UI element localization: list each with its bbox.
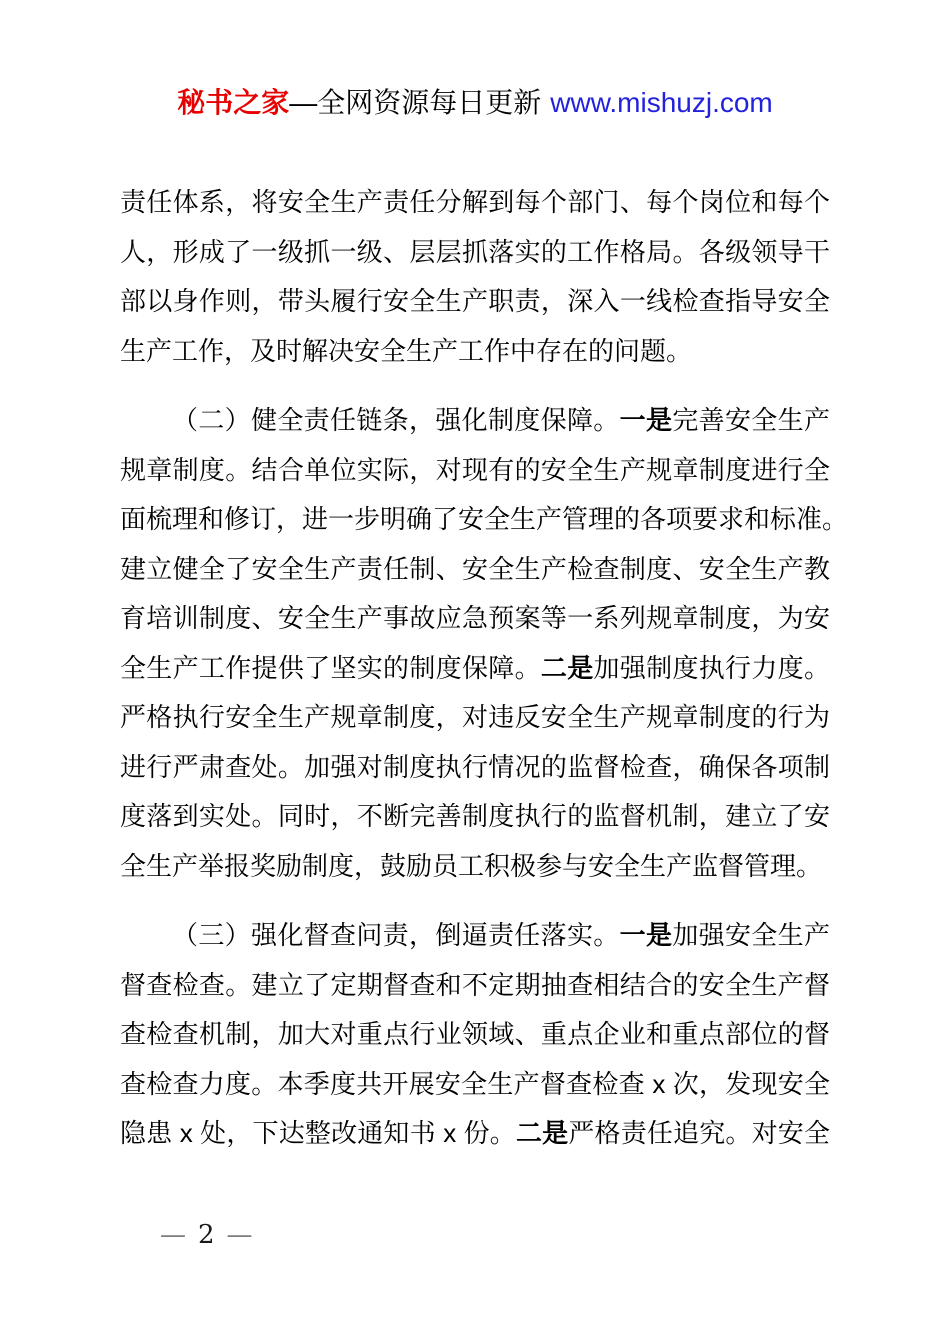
paragraph: （二）健全责任链条，强化制度保障。一是完善安全生产规章制度。结合单位实际，对现有… <box>120 396 830 891</box>
page-header: 秘书之家—全网资源每日更新www.mishuzj.com <box>0 84 950 122</box>
text-line: 查检查机制，加大对重点行业领域、重点企业和重点部位的督 <box>120 1010 830 1060</box>
body-text: 查检查力度。本季度共开展安全生产督查检查 x 次，发现安全 <box>120 1069 830 1099</box>
text-line: 育培训制度、安全生产事故应急预案等一系列规章制度，为安 <box>120 594 830 644</box>
body-text: 加强制度执行力度。 <box>594 653 830 683</box>
text-line: 面梳理和修订，进一步明确了安全生产管理的各项要求和标准。 <box>120 495 830 545</box>
text-line: 责任体系，将安全生产责任分解到每个部门、每个岗位和每个 <box>120 178 830 228</box>
emphasis-text: 一是 <box>620 920 673 950</box>
body-text: 完善安全生产 <box>672 405 830 435</box>
body-text: 加强安全生产 <box>672 920 830 950</box>
text-line: 全生产举报奖励制度，鼓励员工积极参与安全生产监督管理。 <box>120 842 830 892</box>
paragraph: （三）强化督查问责，倒逼责任落实。一是加强安全生产督查检查。建立了定期督查和不定… <box>120 911 830 1159</box>
site-url: www.mishuzj.com <box>550 87 772 118</box>
header-tagline: —全网资源每日更新 <box>289 87 541 118</box>
emphasis-text: 一是 <box>620 405 673 435</box>
text-line: 全生产工作提供了坚实的制度保障。二是加强制度执行力度。 <box>120 644 830 694</box>
body-text: 部以身作则，带头履行安全生产职责，深入一线检查指导安全 <box>120 286 830 316</box>
text-line: 人，形成了一级抓一级、层层抓落实的工作格局。各级领导干 <box>120 228 830 278</box>
text-line: 查检查力度。本季度共开展安全生产督查检查 x 次，发现安全 <box>120 1060 830 1110</box>
text-line: 进行严肃查处。加强对制度执行情况的监督检查，确保各项制 <box>120 743 830 793</box>
body-text: 进行严肃查处。加强对制度执行情况的监督检查，确保各项制 <box>120 752 830 782</box>
emphasis-text: 二是 <box>516 1118 568 1148</box>
text-line: 督查检查。建立了定期督查和不定期抽查相结合的安全生产督 <box>120 961 830 1011</box>
body-text: 人，形成了一级抓一级、层层抓落实的工作格局。各级领导干 <box>120 237 830 267</box>
body-text: 责任体系，将安全生产责任分解到每个部门、每个岗位和每个 <box>120 187 830 217</box>
document-body: 责任体系，将安全生产责任分解到每个部门、每个岗位和每个人，形成了一级抓一级、层层… <box>120 178 830 1159</box>
text-line: （三）强化督查问责，倒逼责任落实。一是加强安全生产 <box>120 911 830 961</box>
body-text: （三）强化督查问责，倒逼责任落实。 <box>172 920 620 950</box>
text-line: 生产工作，及时解决安全生产工作中存在的问题。 <box>120 327 830 377</box>
body-text: 生产工作，及时解决安全生产工作中存在的问题。 <box>120 336 692 366</box>
text-line: 隐患 x 处，下达整改通知书 x 份。二是严格责任追究。对安全 <box>120 1109 830 1159</box>
text-line: 规章制度。结合单位实际，对现有的安全生产规章制度进行全 <box>120 446 830 496</box>
text-line: 度落到实处。同时，不断完善制度执行的监督机制，建立了安 <box>120 792 830 842</box>
emphasis-text: 二是 <box>541 653 594 683</box>
page-number-dash-right: — <box>227 1220 253 1250</box>
text-line: 建立健全了安全生产责任制、安全生产检查制度、安全生产教 <box>120 545 830 595</box>
text-line: 严格执行安全生产规章制度，对违反安全生产规章制度的行为 <box>120 693 830 743</box>
body-text: 严格执行安全生产规章制度，对违反安全生产规章制度的行为 <box>120 702 830 732</box>
body-text: 查检查机制，加大对重点行业领域、重点企业和重点部位的督 <box>120 1019 830 1049</box>
page-footer: —2— <box>160 1218 253 1252</box>
paragraph: 责任体系，将安全生产责任分解到每个部门、每个岗位和每个人，形成了一级抓一级、层层… <box>120 178 830 376</box>
text-line: （二）健全责任链条，强化制度保障。一是完善安全生产 <box>120 396 830 446</box>
body-text: 建立健全了安全生产责任制、安全生产检查制度、安全生产教 <box>120 554 830 584</box>
brand-text: 秘书之家 <box>177 87 289 118</box>
body-text: 督查检查。建立了定期督查和不定期抽查相结合的安全生产督 <box>120 970 830 1000</box>
body-text: （二）健全责任链条，强化制度保障。 <box>172 405 620 435</box>
body-text: 规章制度。结合单位实际，对现有的安全生产规章制度进行全 <box>120 455 830 485</box>
page-number: 2 <box>198 1220 215 1250</box>
body-text: 度落到实处。同时，不断完善制度执行的监督机制，建立了安 <box>120 801 830 831</box>
body-text: 全生产举报奖励制度，鼓励员工积极参与安全生产监督管理。 <box>120 851 822 881</box>
body-text: 严格责任追究。对安全 <box>568 1118 830 1148</box>
body-text: 面梳理和修订，进一步明确了安全生产管理的各项要求和标准。 <box>120 504 830 534</box>
document-page: 秘书之家—全网资源每日更新www.mishuzj.com 责任体系，将安全生产责… <box>0 0 950 1344</box>
text-line: 部以身作则，带头履行安全生产职责，深入一线检查指导安全 <box>120 277 830 327</box>
body-text: 育培训制度、安全生产事故应急预案等一系列规章制度，为安 <box>120 603 830 633</box>
page-number-dash-left: — <box>160 1220 186 1250</box>
body-text: 隐患 x 处，下达整改通知书 x 份。 <box>120 1118 516 1148</box>
body-text: 全生产工作提供了坚实的制度保障。 <box>120 653 541 683</box>
